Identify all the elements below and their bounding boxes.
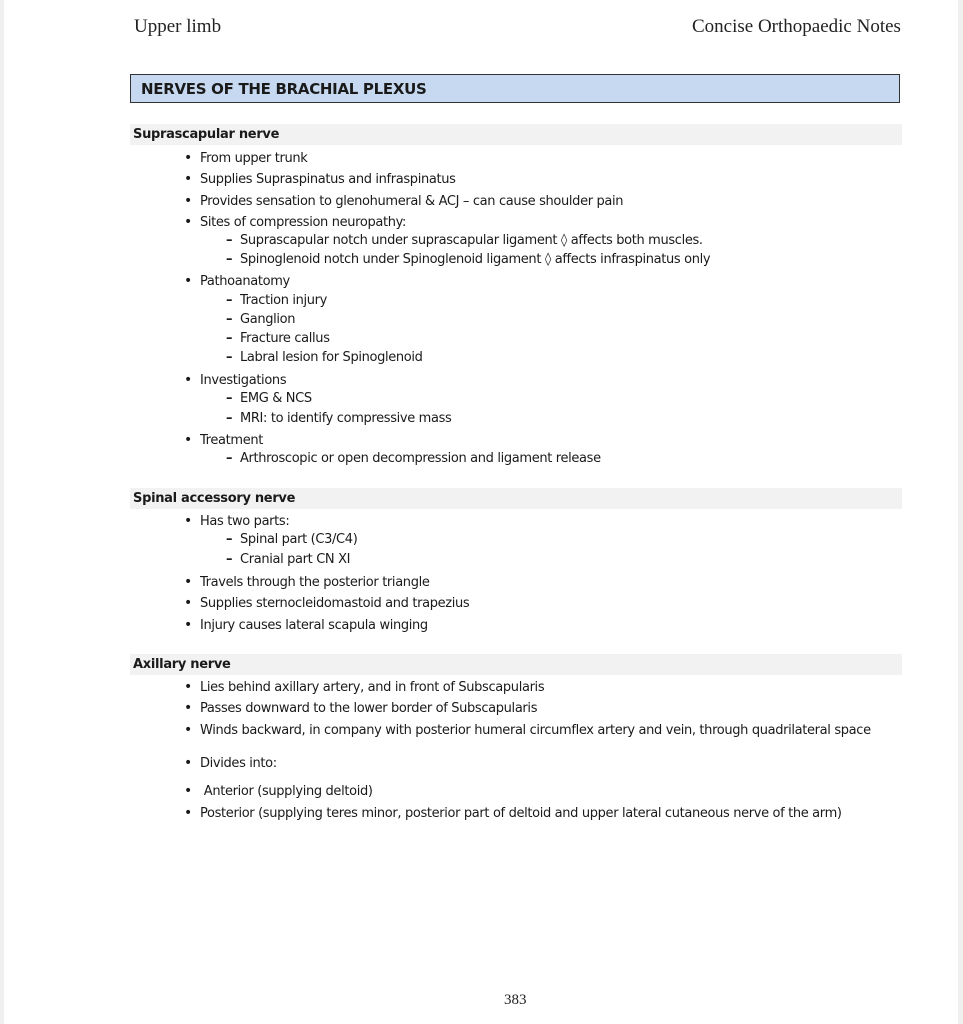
sub-bullet-item: Spinoglenoid notch under Spinoglenoid li… [226, 251, 710, 269]
dash-icon [226, 349, 240, 367]
dash-icon [226, 551, 240, 569]
item-text: Treatment [200, 433, 263, 448]
item-text: Traction injury [240, 293, 327, 308]
bullet-item: Injury causes lateral scapula winging [184, 616, 428, 635]
item-text: Travels through the posterior triangle [200, 575, 430, 590]
bullet-icon [184, 754, 200, 773]
item-text: Fracture callus [240, 331, 330, 346]
bullet-item: Winds backward, in company with posterio… [184, 721, 871, 740]
bullet-icon [184, 192, 200, 211]
dash-icon [226, 232, 240, 250]
bullet-item: Sites of compression neuropathy: [184, 213, 406, 232]
bullet-icon [184, 213, 200, 232]
sub-bullet-item: Ganglion [226, 311, 295, 329]
dash-icon [226, 410, 240, 428]
sub-bullet-item: Cranial part CN XI [226, 551, 350, 569]
item-text: Investigations [200, 373, 286, 388]
bullet-item: Investigations [184, 371, 286, 390]
bullet-icon [184, 371, 200, 390]
item-text: Spinal part (C3/C4) [240, 532, 357, 547]
bullet-icon [184, 782, 200, 801]
bullet-icon [184, 431, 200, 450]
item-text: Sites of compression neuropathy: [200, 215, 406, 230]
item-text: EMG & NCS [240, 391, 312, 406]
dash-icon [226, 390, 240, 408]
item-text: MRI: to identify compressive mass [240, 411, 451, 426]
bullet-item: Supplies sternocleidomastoid and trapezi… [184, 594, 469, 613]
item-text: Ganglion [240, 312, 295, 327]
sub-bullet-item: Suprascapular notch under suprascapular … [226, 232, 703, 250]
page-number: 383 [504, 992, 527, 1009]
dash-icon [226, 251, 240, 269]
section-heading: Axillary nerve [130, 654, 902, 675]
section-heading: Suprascapular nerve [130, 124, 902, 145]
item-text: Labral lesion for Spinoglenoid [240, 350, 423, 365]
item-text: Divides into: [200, 756, 277, 771]
item-text: Passes downward to the lower border of S… [200, 701, 537, 716]
item-text: Injury causes lateral scapula winging [200, 618, 428, 633]
sub-bullet-item: Spinal part (C3/C4) [226, 531, 357, 549]
dash-icon [226, 531, 240, 549]
item-text: Cranial part CN XI [240, 552, 350, 567]
bullet-item: Divides into: [184, 754, 277, 773]
bullet-icon [184, 573, 200, 592]
item-text: Anterior (supplying deltoid) [200, 784, 373, 799]
item-text: Lies behind axillary artery, and in fron… [200, 680, 544, 695]
bullet-icon [184, 721, 200, 740]
item-text: Spinoglenoid notch under Spinoglenoid li… [240, 252, 710, 267]
item-text: Supplies sternocleidomastoid and trapezi… [200, 596, 469, 611]
item-text: Posterior (supplying teres minor, poster… [200, 806, 842, 821]
item-text: Pathoanatomy [200, 274, 290, 289]
item-text: Suprascapular notch under suprascapular … [240, 233, 703, 248]
bullet-icon [184, 699, 200, 718]
bullet-item: Lies behind axillary artery, and in fron… [184, 678, 544, 697]
bullet-item: Supplies Supraspinatus and infraspinatus [184, 170, 456, 189]
bullet-icon [184, 149, 200, 168]
chapter-title: NERVES OF THE BRACHIAL PLEXUS [130, 74, 900, 103]
document-page: Upper limb Concise Orthopaedic Notes NER… [4, 0, 958, 1024]
bullet-icon [184, 594, 200, 613]
item-text: Winds backward, in company with posterio… [200, 723, 871, 738]
dash-icon [226, 292, 240, 310]
item-text: From upper trunk [200, 151, 307, 166]
dash-icon [226, 311, 240, 329]
bullet-item: Treatment [184, 431, 263, 450]
item-text: Provides sensation to glenohumeral & ACJ… [200, 194, 623, 209]
bullet-item: Has two parts: [184, 512, 289, 531]
bullet-icon [184, 272, 200, 291]
dash-icon [226, 450, 240, 468]
item-text: Supplies Supraspinatus and infraspinatus [200, 172, 456, 187]
bullet-icon [184, 170, 200, 189]
bullet-item: Anterior (supplying deltoid) [184, 782, 373, 801]
dash-icon [226, 330, 240, 348]
bullet-icon [184, 512, 200, 531]
sub-bullet-item: Arthroscopic or open decompression and l… [226, 450, 601, 468]
bullet-icon [184, 678, 200, 697]
running-header-right: Concise Orthopaedic Notes [692, 16, 901, 38]
bullet-item: Posterior (supplying teres minor, poster… [184, 804, 842, 823]
sub-bullet-item: Fracture callus [226, 330, 330, 348]
sub-bullet-item: MRI: to identify compressive mass [226, 410, 451, 428]
bullet-item: Pathoanatomy [184, 272, 290, 291]
bullet-item: Travels through the posterior triangle [184, 573, 430, 592]
section-heading: Spinal accessory nerve [130, 488, 902, 509]
bullet-item: Passes downward to the lower border of S… [184, 699, 537, 718]
bullet-icon [184, 804, 200, 823]
sub-bullet-item: EMG & NCS [226, 390, 312, 408]
bullet-icon [184, 616, 200, 635]
item-text: Arthroscopic or open decompression and l… [240, 451, 601, 466]
sub-bullet-item: Labral lesion for Spinoglenoid [226, 349, 423, 367]
sub-bullet-item: Traction injury [226, 292, 327, 310]
item-text: Has two parts: [200, 514, 289, 529]
bullet-item: From upper trunk [184, 149, 307, 168]
bullet-item: Provides sensation to glenohumeral & ACJ… [184, 192, 623, 211]
running-header-left: Upper limb [134, 16, 221, 38]
